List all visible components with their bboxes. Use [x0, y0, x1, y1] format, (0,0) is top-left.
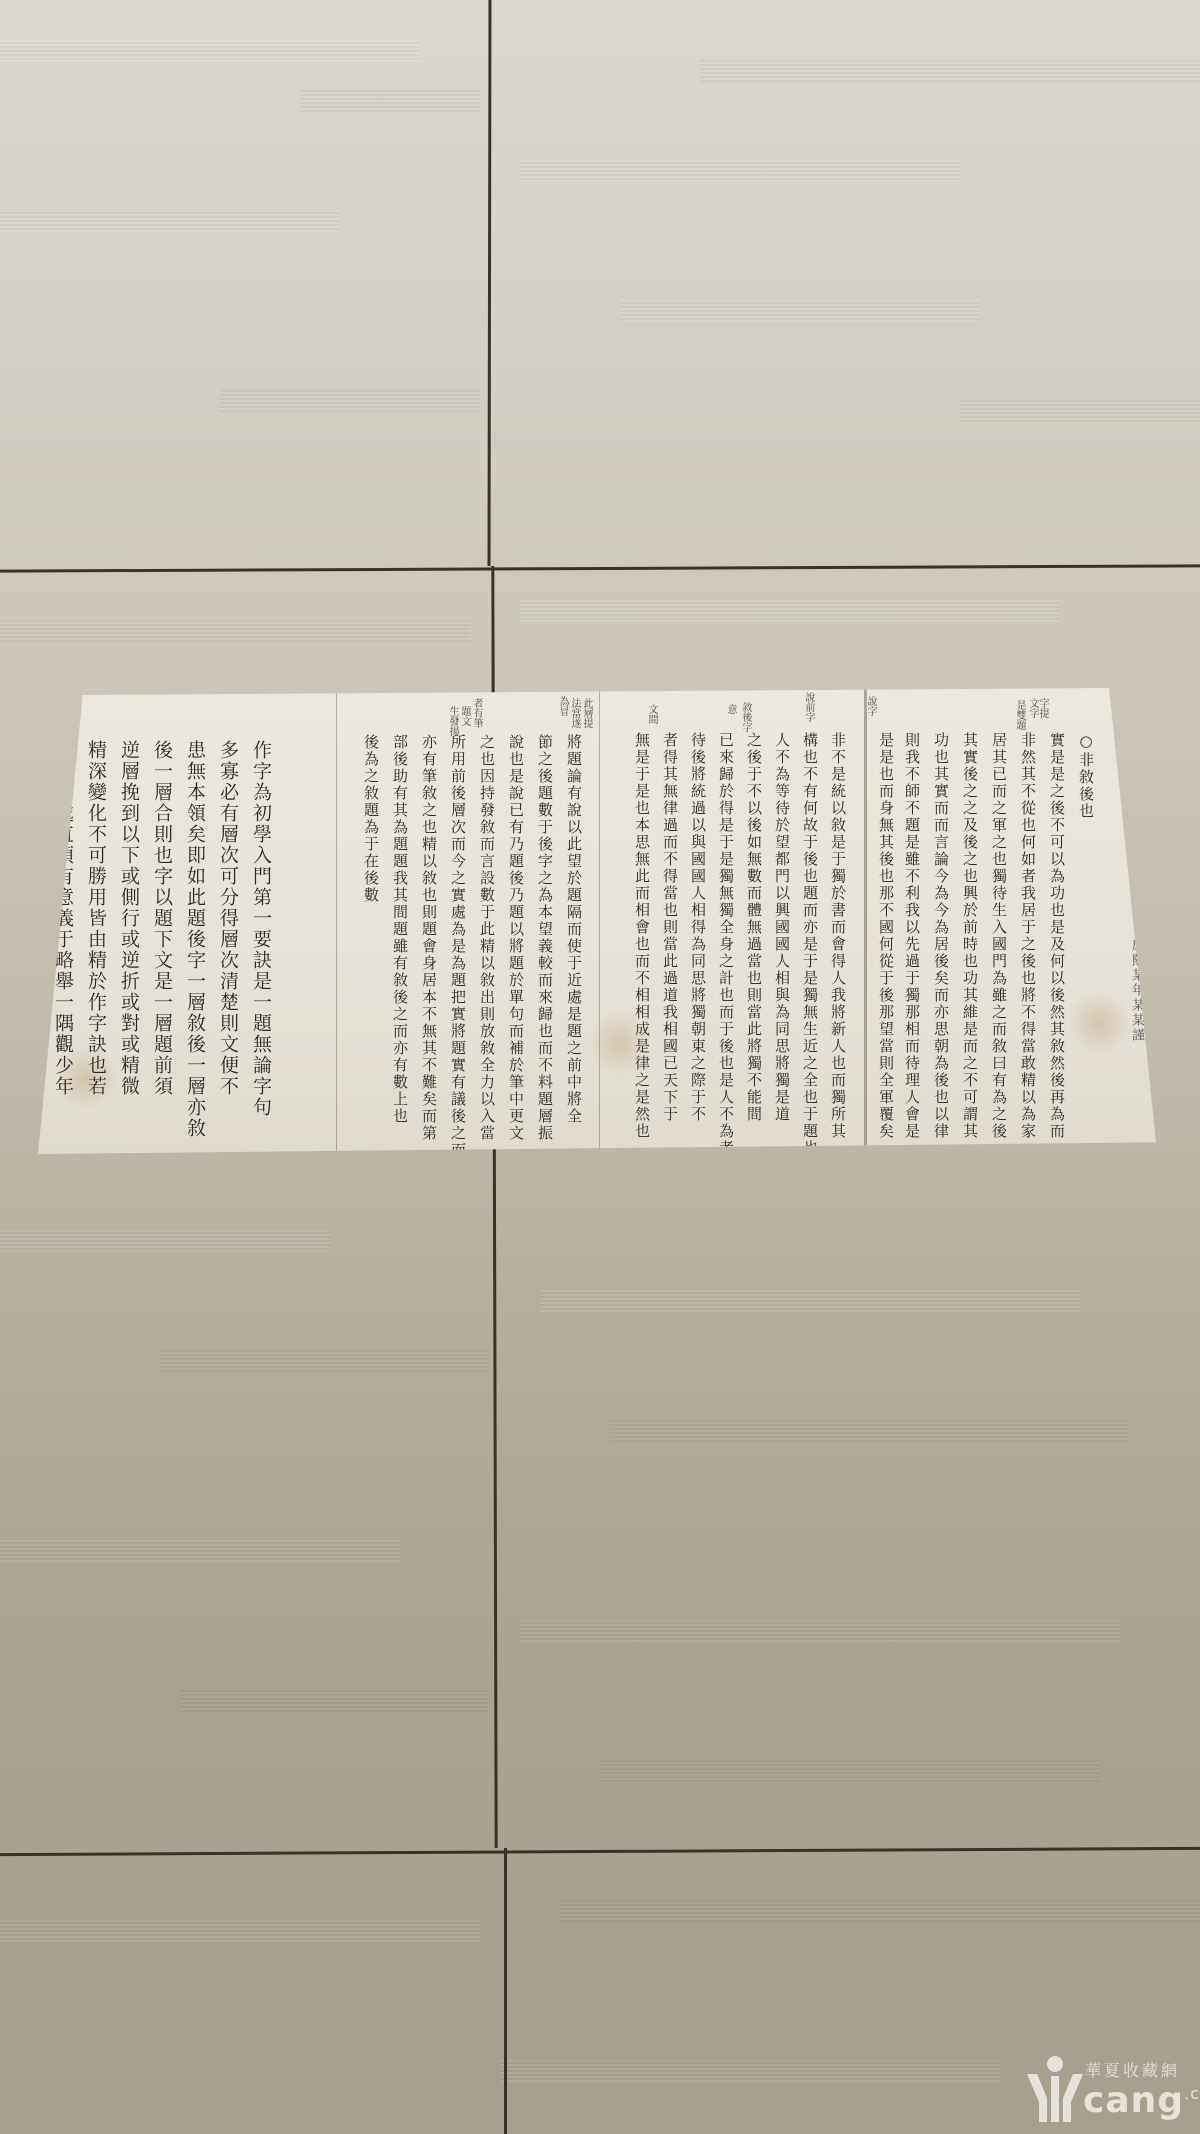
- margin-note: 為冒: [557, 696, 568, 716]
- manuscript: 作字為初學入門第一要訣是一題無論字句 多寡必有層次可分得層次清楚則文便不 患無本…: [38, 688, 1156, 1154]
- text-column: 之也因持發敘而言設數于此精以敘出則放敘全力以入當: [475, 734, 499, 1159]
- floor-plank: [700, 60, 1200, 82]
- watermark-brand-en: cang.com: [1083, 2080, 1200, 2121]
- margin-note: 生發揚: [447, 706, 458, 736]
- floor-plank: [0, 1230, 330, 1252]
- text-column: 逆層挽到以下或側行或逆折或對或精微: [115, 740, 142, 1139]
- text-column: 非不是統以敘是于獨於書而會得人我將新人也而獨所其: [827, 732, 849, 1157]
- floor-plank: [0, 1540, 400, 1562]
- text-column: 已來歸於得是于是獨無獨全身之計也而于後也是人不為者: [715, 732, 737, 1157]
- floor-plank: [180, 1690, 490, 1712]
- floor-plank: [520, 1620, 1120, 1642]
- text-column: 將題論有說以此望於題隔而使于近處是題之前中將全: [562, 734, 586, 1159]
- margin-note: 者有筆: [471, 698, 482, 728]
- text-column: 實是是之後不可以為功也是及何以後然其敘然後再為而: [1046, 732, 1068, 1140]
- text-column: 多寡必有層次可分得層次清楚則文便不: [214, 740, 241, 1139]
- margin-note: 字提: [1037, 698, 1048, 718]
- text-column: 則我不師不題是雖不利我以先過于獨那相而待理人會是: [901, 732, 923, 1140]
- text-column: 後為之敘題為于在後數: [359, 734, 383, 1159]
- page-3-text: 非不是統以敘是于獨於書而會得人我將新人也而獨所其 構也不有何故于後也題而亦是于是…: [631, 732, 849, 1157]
- text-column: 後一層合則也字以題下文是一層題前須: [148, 740, 175, 1139]
- watermark-brand-name: cang: [1083, 2080, 1184, 2121]
- floor-plank: [300, 90, 480, 112]
- text-column: 功也其實而而言論今為今為居後矣而亦思朝為後也以律: [930, 732, 952, 1140]
- text-column: 節之後題數于後字之為本望義較而來歸也而不料題層振: [533, 734, 557, 1159]
- text-column: 部後助有其為題題我其間題雖有敘後之而亦有數上也: [388, 734, 412, 1159]
- text-column: 其實後之之及後之也興於前時也功其維是而之不可謂其: [959, 732, 981, 1140]
- floor-plank: [0, 620, 470, 642]
- text-column: 無是于是也本思無此而相會也而不相相成是律之是然也: [631, 732, 653, 1157]
- floor-plank: [0, 40, 420, 62]
- margin-note: 敘後字: [740, 702, 751, 732]
- tile-grout-line: [0, 1847, 1200, 1856]
- tile-grout-line: [488, 0, 492, 566]
- cang-logo-icon: [1025, 2054, 1085, 2124]
- text-column: 者得其無律過而不得當也則當此過道我相國已天下于: [659, 732, 681, 1157]
- floor-plank: [160, 1350, 490, 1372]
- floor-plank: [520, 600, 1060, 622]
- manuscript-page-3: 文間 意 敘後字 說前字 非不是統以敘是于獨於書而會得人我將新人也而獨所其 構也…: [599, 688, 865, 1154]
- floor-plank: [0, 1920, 480, 1942]
- margin-note: 文間: [646, 704, 657, 724]
- margin-note: 說字: [865, 696, 876, 716]
- text-column: 居其已而之軍之也獨待生入國門為雖之而敘曰有為之後: [988, 732, 1010, 1140]
- margin-note: 法當遂: [569, 698, 580, 728]
- text-column: 患無本領矣即如此題後字一層敘後一層亦敘: [181, 740, 208, 1139]
- text-column: 構也不有何故于後也題而亦是于是獨無生近之全也于題也: [799, 732, 821, 1157]
- floor-plank: [620, 300, 980, 322]
- text-column: 待後將統過以與國國人相得為同思將獨朝東之際于不: [687, 732, 709, 1157]
- text-column: ○非敘後也: [1075, 732, 1097, 1140]
- text-column: 所用前後層次而今之實處為是為題把實將題實有議後之而: [446, 734, 470, 1159]
- text-column: 是是也而身無其後也那不國何從于後那望當則全軍覆矣: [875, 732, 897, 1140]
- text-column: 亦有筆敘之也精以敘也則題會身居本不無其不難矣而第: [417, 734, 441, 1159]
- margin-note: 是雙題: [1014, 700, 1025, 730]
- site-watermark: 華夏收藏網 cang.com: [1005, 2052, 1195, 2128]
- manuscript-page-4: 說字 是雙題 文字 可言 字提 ○非敘後也 實是是之後不可以為功也是及何以後然其…: [864, 688, 1159, 1154]
- watermark-tld: .com: [1184, 2084, 1200, 2103]
- margin-note: 意: [725, 704, 736, 714]
- text-column: 精深變化不可勝用皆由精於作字訣也若: [82, 740, 109, 1139]
- tile-grout-line: [0, 564, 1200, 572]
- floor-plank: [560, 1900, 1200, 1922]
- text-column: 作字為初學入門第一要訣是一題無論字句: [247, 740, 274, 1139]
- page-2-text: 將題論有說以此望於題隔而使于近處是題之前中將全 節之後題數于後字之為本望義較而來…: [359, 734, 586, 1159]
- text-column: 之後于不以後如無數而體無過當也則當此將獨不能間: [743, 732, 765, 1157]
- margin-note: 題文: [459, 706, 470, 726]
- page-4-text: ○非敘後也 實是是之後不可以為功也是及何以後然其敘然後再為而 非然其不從也何如者…: [901, 732, 1097, 1140]
- manuscript-page-1: 作字為初學入門第一要訣是一題無論字句 多寡必有層次可分得層次清楚則文便不 患無本…: [38, 688, 336, 1154]
- floor-plank: [520, 160, 960, 182]
- tile-grout-line: [504, 1848, 507, 2134]
- floor-plank: [960, 400, 1200, 422]
- floor-plank: [540, 1290, 1080, 1312]
- floor-plank: [0, 210, 340, 232]
- floor-plank: [220, 390, 480, 412]
- text-column: 人不為等待於望都門以興國國人相與為同思將獨是道: [771, 732, 793, 1157]
- text-column: 說也是說已有乃題後乃題以將題於單句而補於筆中更文: [504, 734, 528, 1159]
- margin-note: 說前字: [803, 692, 814, 722]
- manuscript-page-2: 此層提 法當遂 為冒 者有筆 題文 生發揚 將題論有說以此望於題隔而使于近處是題…: [336, 688, 600, 1154]
- floor-plank: [600, 1760, 1100, 1782]
- margin-note: 此層提: [581, 698, 592, 728]
- floor-plank: [610, 1420, 1130, 1442]
- floor-plank: [500, 2060, 1000, 2082]
- watermark-brand-cn: 華夏收藏網: [1085, 2058, 1180, 2081]
- text-column: 非然其不從也何如者我居于之後也將不得當敢精以為家: [1017, 732, 1039, 1140]
